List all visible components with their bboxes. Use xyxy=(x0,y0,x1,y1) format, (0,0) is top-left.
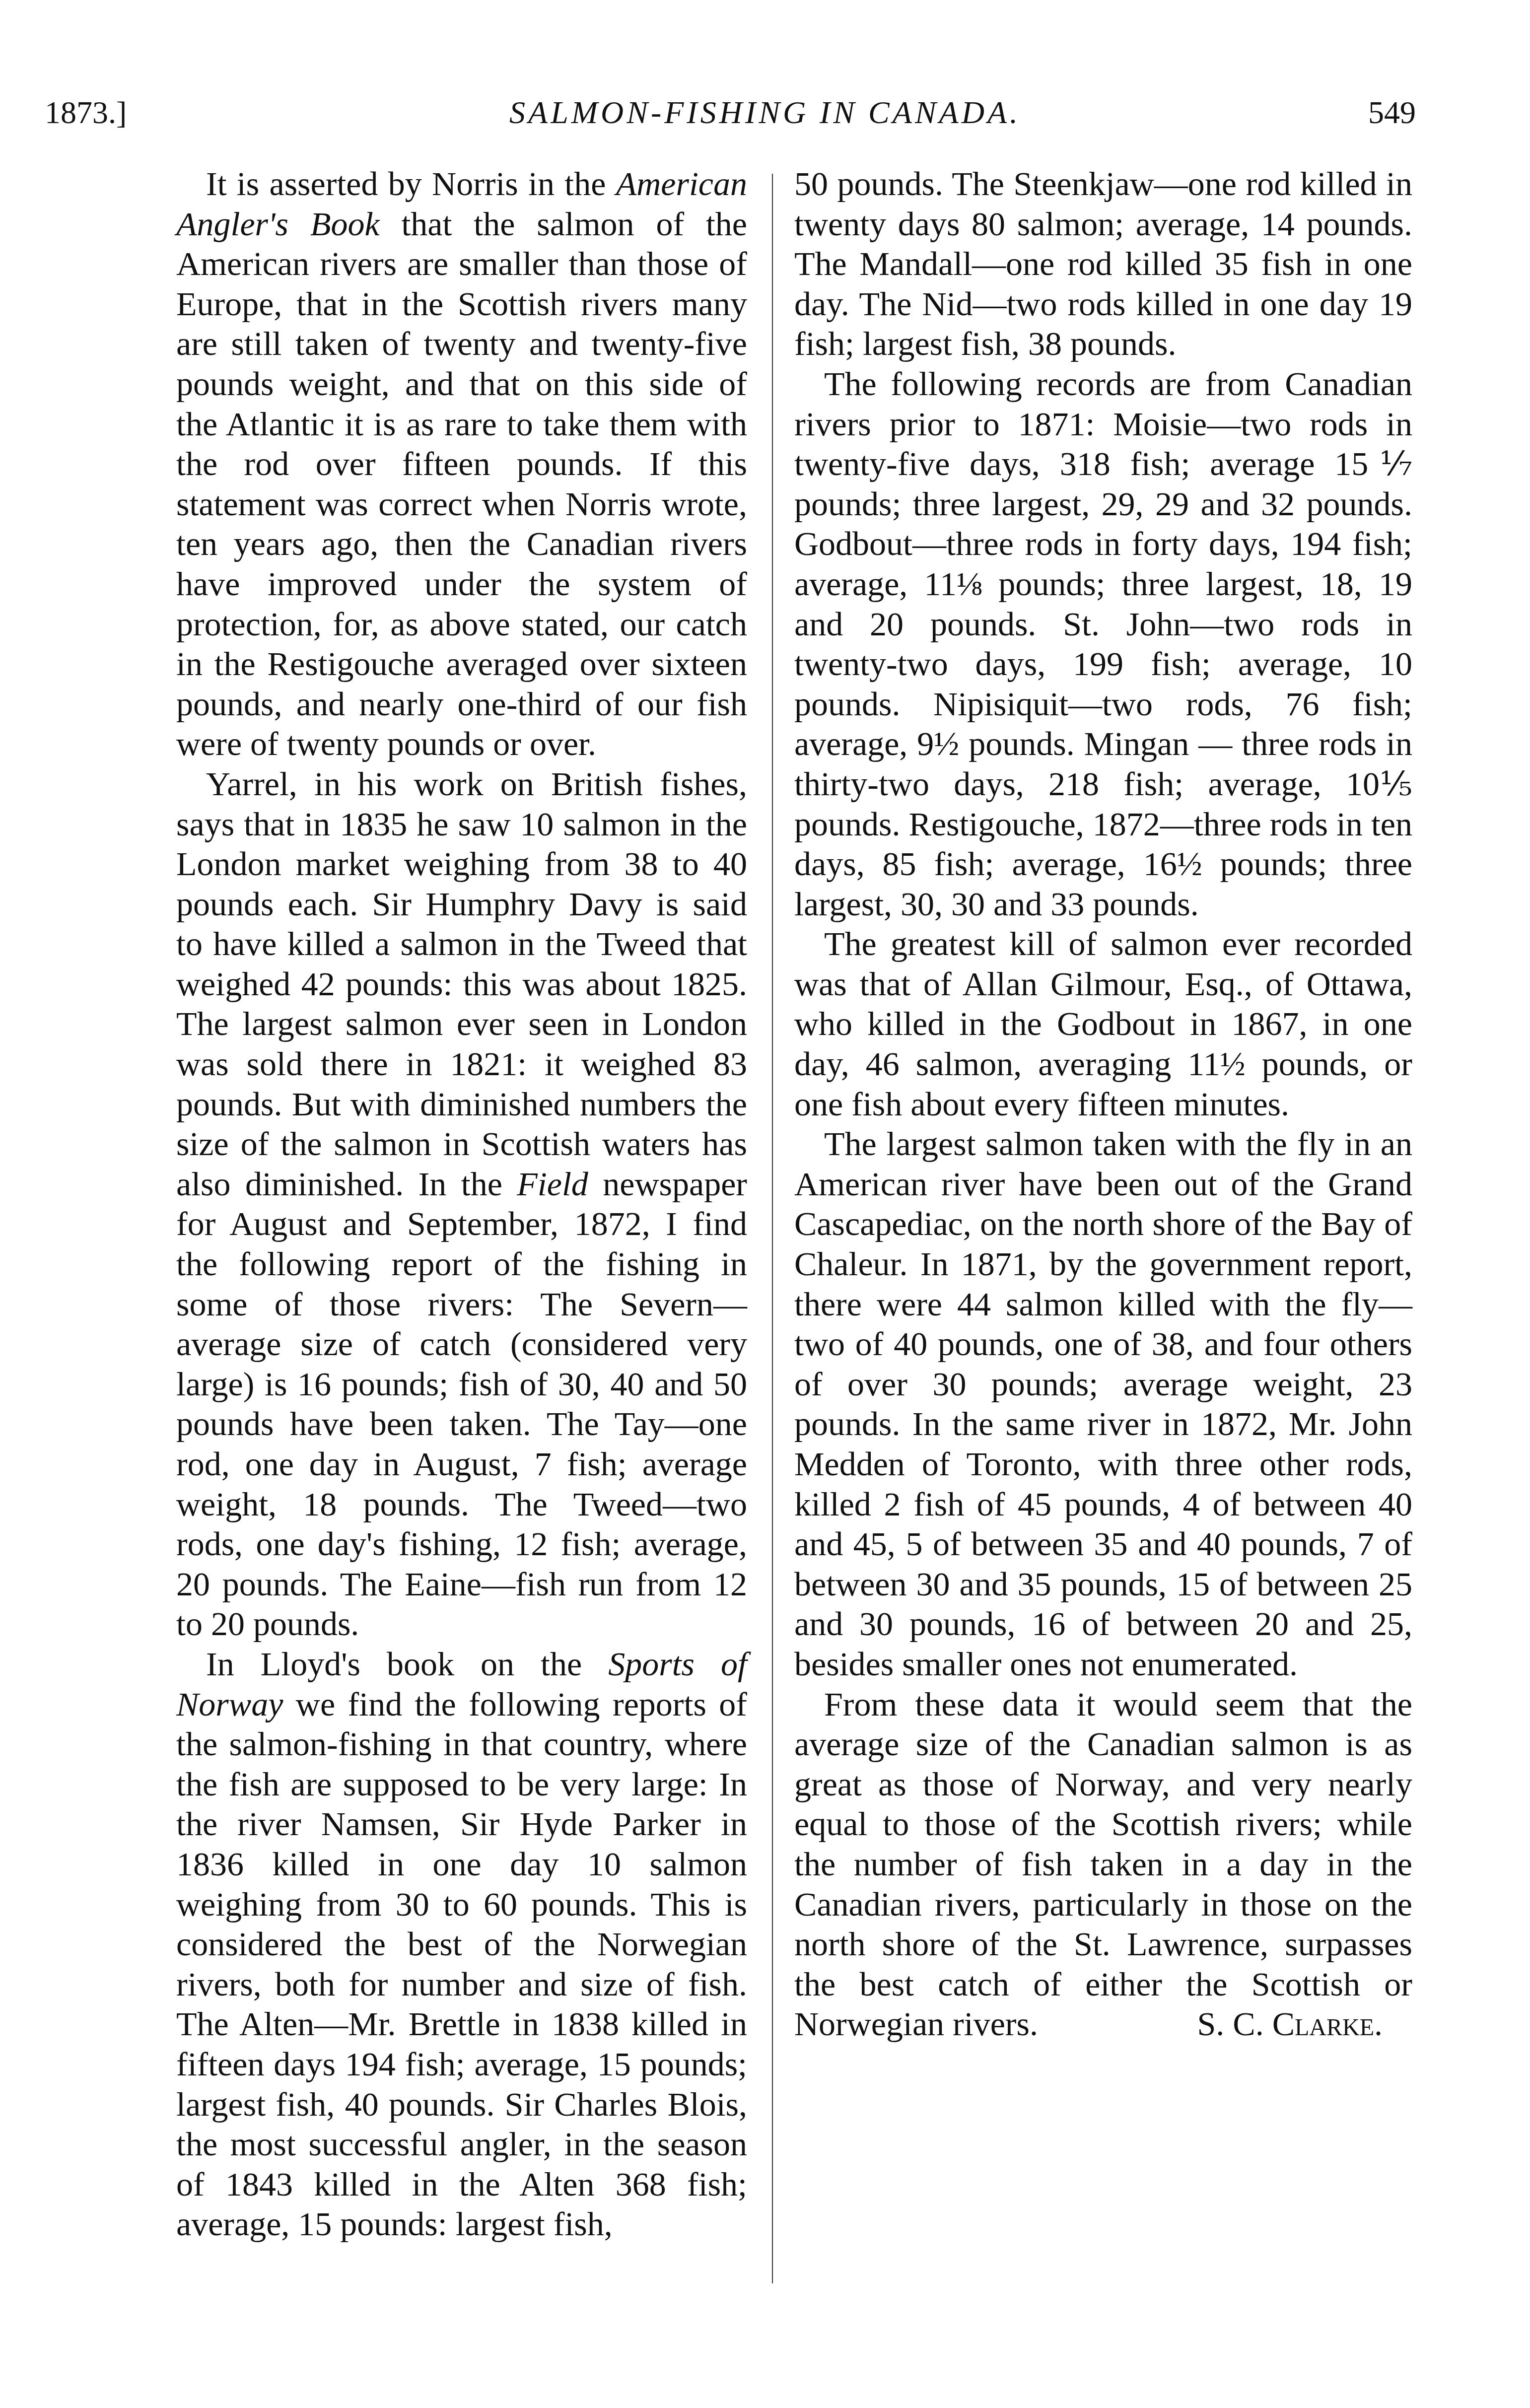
paragraph: The following records are from Canadian … xyxy=(794,364,1412,924)
paragraph: It is asserted by Norris in the American… xyxy=(176,164,747,764)
paragraph: 50 pounds. The Steenkjaw—one rod killed … xyxy=(794,164,1412,364)
paragraph: Yarrel, in his work on British fishes, s… xyxy=(176,764,747,1644)
paragraph: The greatest kill of salmon ever recorde… xyxy=(794,924,1412,1124)
column-divider xyxy=(772,174,773,2283)
author-signature: S. C. Clarke. xyxy=(1167,2004,1383,2044)
paragraph: The largest salmon taken with the fly in… xyxy=(794,1124,1412,1684)
page-number: 549 xyxy=(1368,94,1416,131)
left-column: It is asserted by Norris in the American… xyxy=(176,164,747,2244)
header-title: SALMON-FISHING IN CANADA. xyxy=(0,94,1530,131)
right-column: 50 pounds. The Steenkjaw—one rod killed … xyxy=(794,164,1412,2044)
paragraph: From these data it would seem that the a… xyxy=(794,1684,1412,2044)
paragraph: In Lloyd's book on the Sports of Norway … xyxy=(176,1644,747,2244)
running-header: 1873.] SALMON-FISHING IN CANADA. 549 xyxy=(0,89,1530,149)
